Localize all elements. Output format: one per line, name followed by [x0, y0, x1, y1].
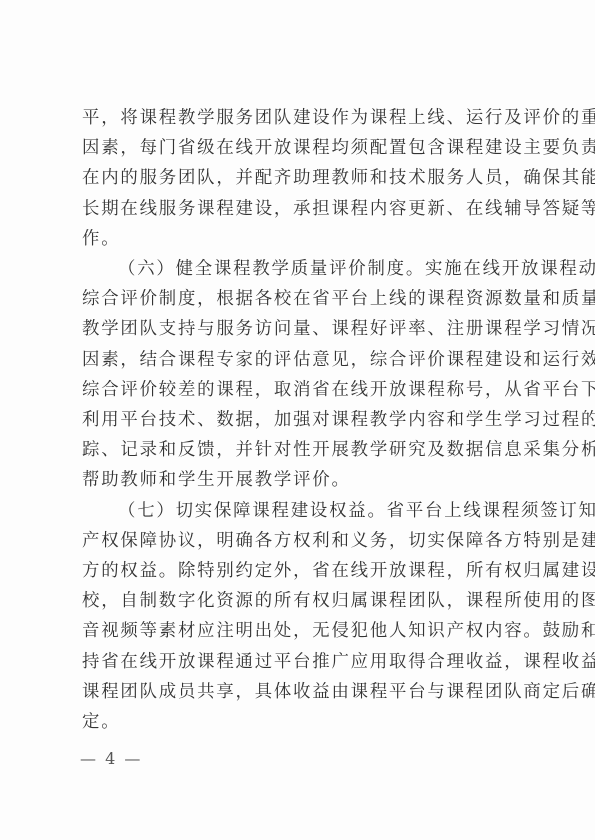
text-line: 教学团队支持与服务访问量、课程好评率、注册课程学习情况等	[82, 314, 526, 344]
text-line: 帮助教师和学生开展教学评价。	[82, 465, 526, 495]
page-number: — 4 —	[80, 749, 142, 768]
text-line: 在内的服务团队，并配齐助理教师和技术服务人员，确保其能够	[82, 163, 526, 193]
text-line: 综合评价较差的课程，取消省在线开放课程称号，从省平台下线。	[82, 375, 526, 405]
text-line: 音视频等素材应注明出处，无侵犯他人知识产权内容。鼓励和支	[82, 616, 526, 646]
text-line: 因素，每门省级在线开放课程均须配置包含课程建设主要负责人	[82, 133, 526, 163]
section-heading-line: （六）健全课程教学质量评价制度。实施在线开放课程动态	[82, 254, 526, 284]
text-line: 踪、记录和反馈，并针对性开展教学研究及数据信息采集分析，	[82, 435, 526, 465]
paragraph-continuation: 平，将课程教学服务团队建设作为课程上线、运行及评价的重要 因素，每门省级在线开放…	[82, 103, 526, 254]
text-line: 利用平台技术、数据，加强对课程教学内容和学生学习过程的跟	[82, 405, 526, 435]
text-line: 方的权益。除特别约定外，省在线开放课程，所有权归属建设高	[82, 556, 526, 586]
text-line: 校，自制数字化资源的所有权归属课程团队，课程所使用的图片、	[82, 586, 526, 616]
text-line: 因素，结合课程专家的评估意见，综合评价课程建设和运行效果。	[82, 345, 526, 375]
text-line: 持省在线开放课程通过平台推广应用取得合理收益，课程收益由	[82, 647, 526, 677]
section-heading-line: （七）切实保障课程建设权益。省平台上线课程须签订知识	[82, 496, 526, 526]
paragraph-section-6: （六）健全课程教学质量评价制度。实施在线开放课程动态 综合评价制度，根据各校在省…	[82, 254, 526, 496]
text-line: 产权保障协议，明确各方权利和义务，切实保障各方特别是建设	[82, 526, 526, 556]
text-line: 定。	[82, 707, 526, 737]
text-line: 作。	[82, 224, 526, 254]
text-line: 长期在线服务课程建设，承担课程内容更新、在线辅导答疑等工	[82, 194, 526, 224]
text-line: 综合评价制度，根据各校在省平台上线的课程资源数量和质量、	[82, 284, 526, 314]
text-line: 平，将课程教学服务团队建设作为课程上线、运行及评价的重要	[82, 103, 526, 133]
text-line: 课程团队成员共享，具体收益由课程平台与课程团队商定后确	[82, 677, 526, 707]
paragraph-section-7: （七）切实保障课程建设权益。省平台上线课程须签订知识 产权保障协议，明确各方权利…	[82, 496, 526, 738]
document-page: 平，将课程教学服务团队建设作为课程上线、运行及评价的重要 因素，每门省级在线开放…	[0, 0, 595, 840]
document-body: 平，将课程教学服务团队建设作为课程上线、运行及评价的重要 因素，每门省级在线开放…	[82, 103, 526, 737]
